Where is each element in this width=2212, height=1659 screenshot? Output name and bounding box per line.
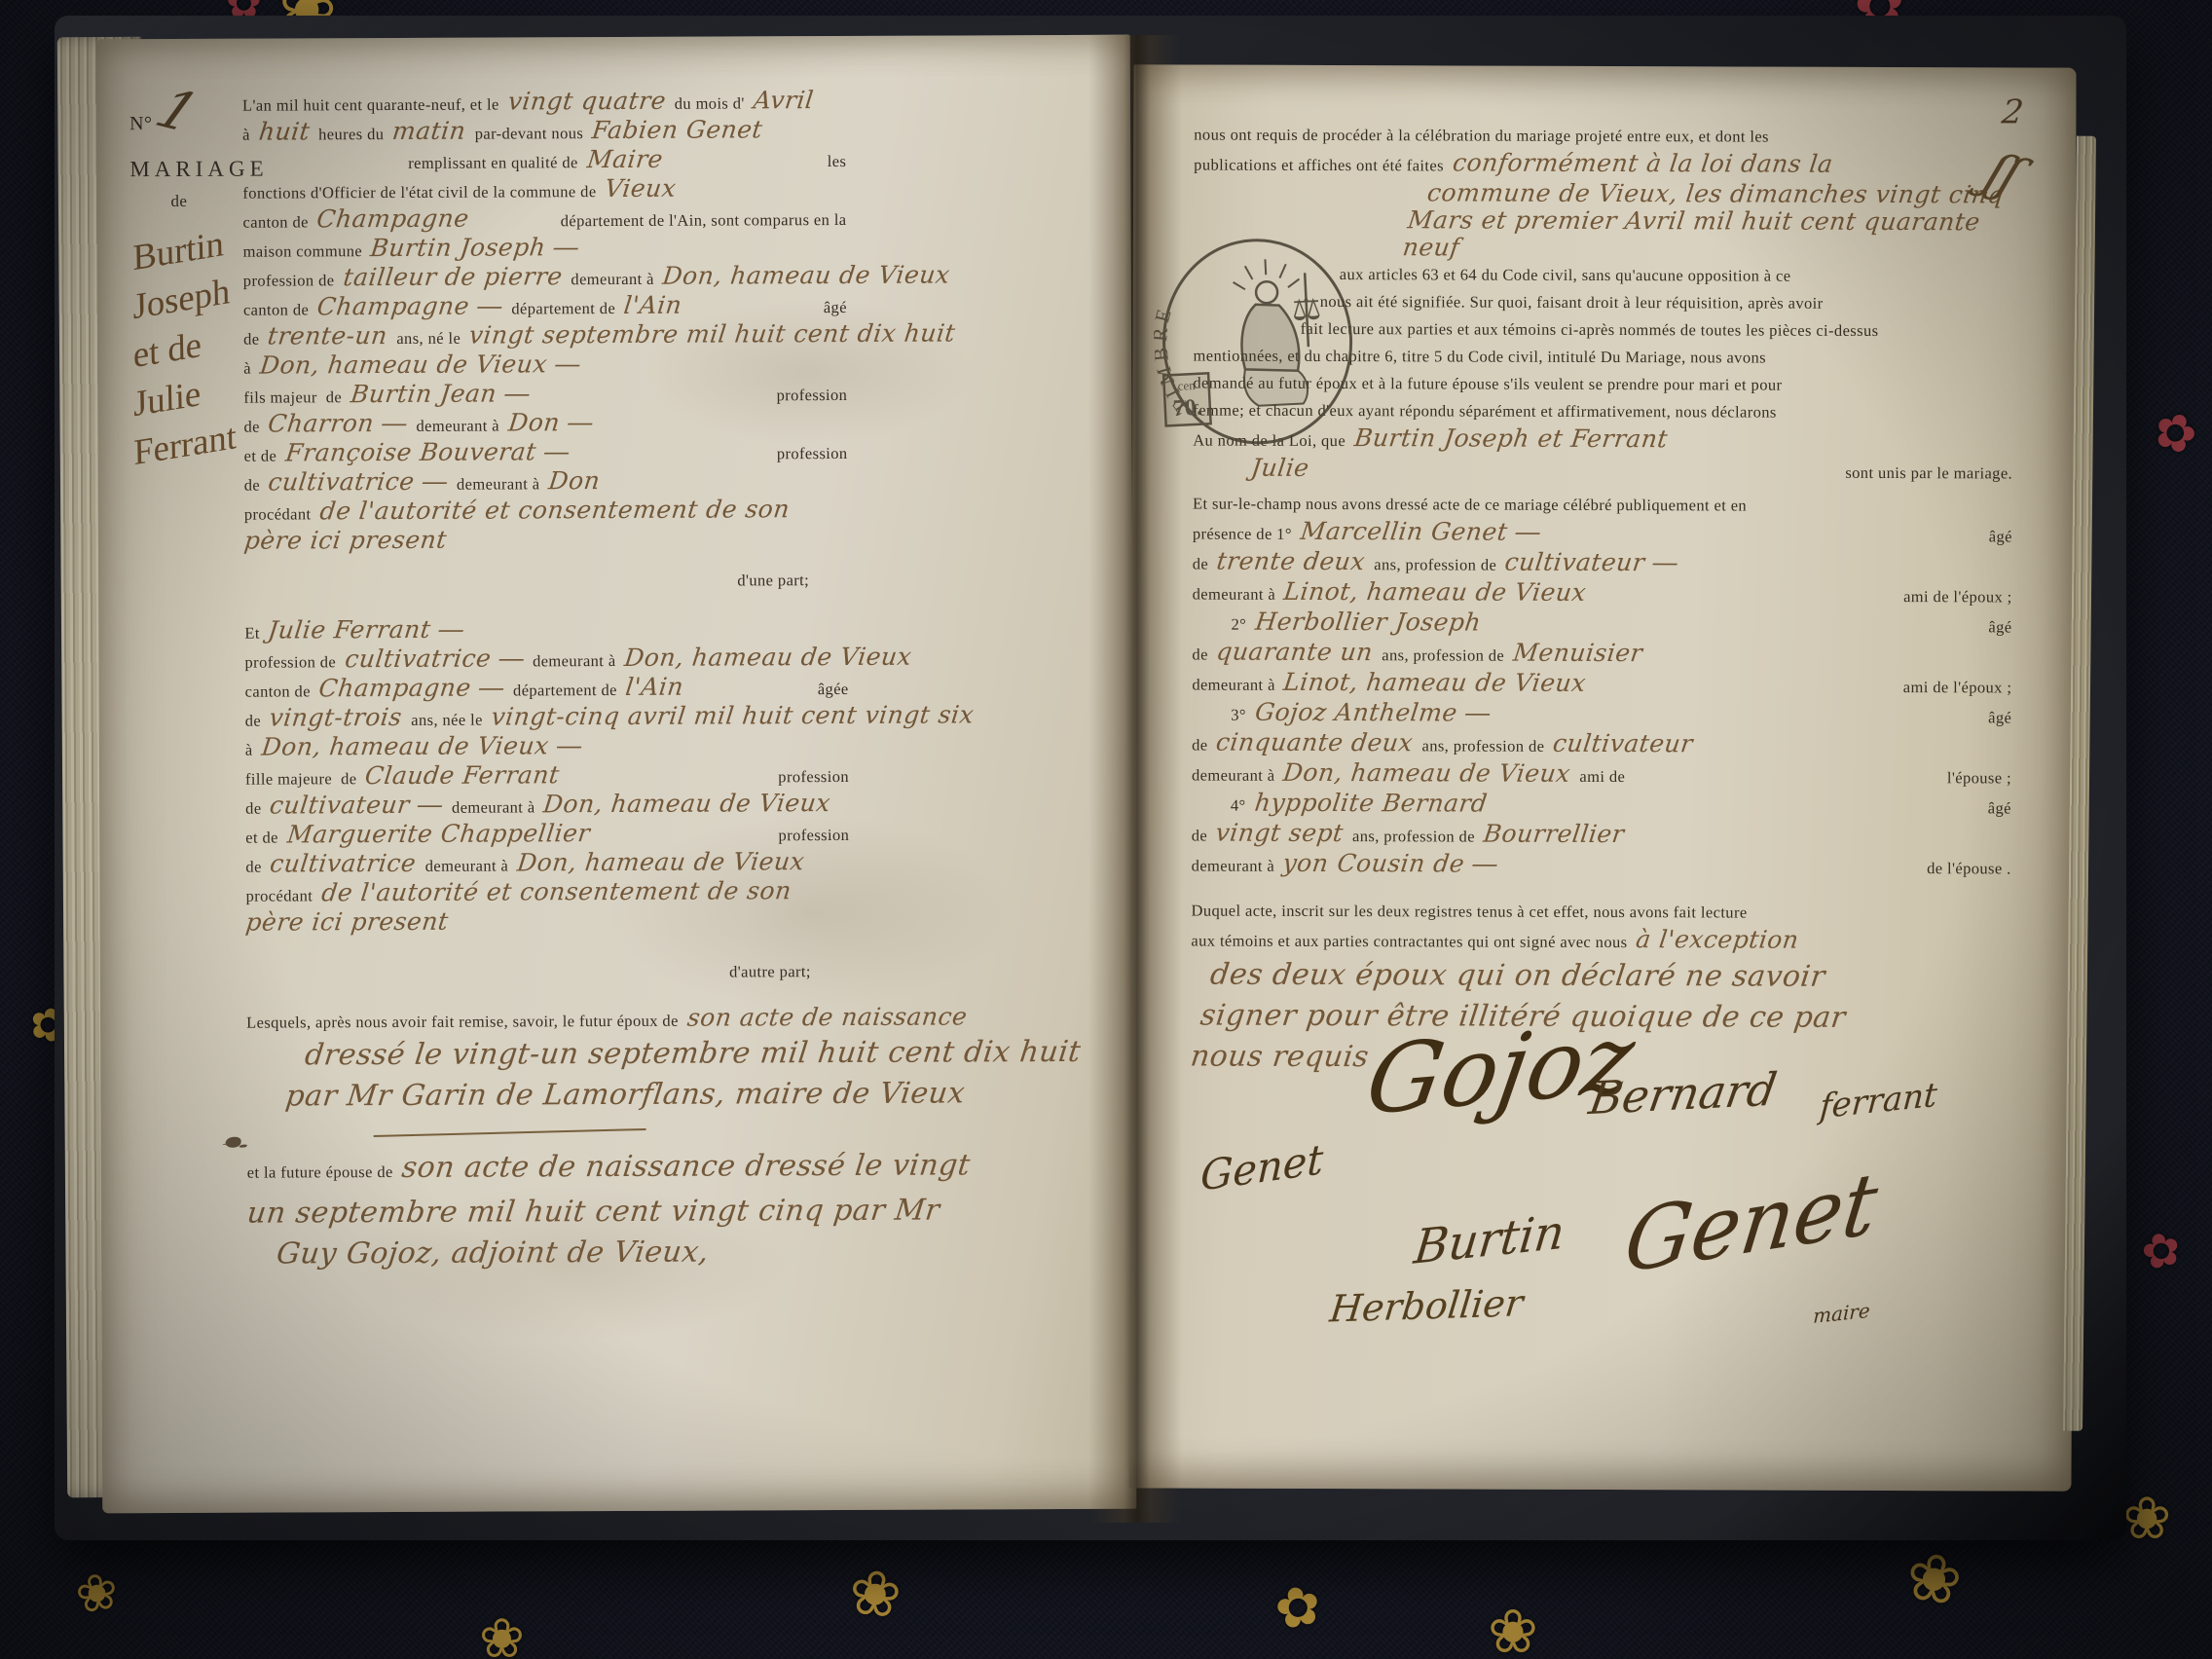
printed-text: sont unis par le mariage. [1845,460,2012,488]
printed-text: à [242,122,250,148]
text-line: fils majeurdeBurtin Jean ―profession [243,379,847,411]
text-line: àDon, hameau de Vieux ― [245,731,849,763]
handwritten-text: vingt septembre mil huit cent dix huit [468,319,957,348]
text-line: maison communeBurtin Joseph ― [243,233,847,265]
handwritten-text: Don, hameau de Vieux [542,790,832,817]
handwritten-text: Julie [1249,455,1310,482]
printed-text: demeurant à [571,266,654,292]
printed-text: ami de l'époux ; [1903,674,2012,701]
printed-text: âgé [1988,613,2011,641]
stamp-unit: cen [1177,378,1196,393]
signature-bernard: Bernard [1586,1062,1781,1124]
handwritten-text: conformément à la loi dans la [1451,149,1834,177]
handwritten-text: Fabien Genet [591,116,764,143]
printed-text: de [1193,551,1208,578]
text-line: un septembre mil huit cent vingt cinq pa… [247,1191,851,1235]
text-line: aux témoins et aux parties contractantes… [1191,925,2010,958]
printed-text: l'épouse ; [1947,764,2011,792]
handwritten-text: Don, hameau de Vieux [1282,759,1572,788]
printed-text: ami de [1579,763,1625,791]
printed-text: demeurant à [533,647,616,674]
handwritten-text: son acte de naissance dressé le vingt [399,1145,973,1189]
text-line: EtJulie Ferrant ― [244,614,848,646]
margin-column: N° 1 MARIAGE de BurtinJosephet deJulieFe… [129,80,258,469]
printed-text: ans, profession de [1352,823,1475,850]
text-line: publications et affiches ont été faitesc… [1194,149,2013,182]
handwritten-text: trente deux [1215,548,1367,576]
printed-text: ans, né le [396,325,461,351]
handwritten-text: de l'autorité et consentement de son [318,496,791,524]
handwritten-text: hyppolite Bernard [1253,790,1489,818]
handwritten-text: Don, hameau de Vieux [516,848,806,875]
text-line: fille majeuredeClaude Ferrantprofession [245,760,849,793]
printed-text: Et sur-le-champ nous avons dressé acte d… [1193,491,1747,520]
printed-text: canton de [245,678,311,704]
text-line: decultivatrice ―demeurant àDon [244,466,848,498]
text-line: 2°Herbollier Josephâgé [1192,608,2011,642]
text-line: d'une part; [244,567,848,596]
printed-text: ans, profession de [1374,551,1496,578]
handwritten-text: Don, hameau de Vieux [623,644,913,671]
printed-text: de [326,384,342,410]
handwritten-text: des deux époux qui on déclaré ne savoir [1208,955,1828,998]
printed-text: heures du [318,121,384,147]
handwritten-text: vingt-trois [269,704,404,731]
printed-text: profession [776,382,847,408]
printed-text: et de [245,825,278,851]
printed-text: 2° [1231,611,1246,639]
printed-text: fille majeure [245,765,332,792]
signature-herbollier: Herbollier [1328,1281,1526,1330]
handwritten-text: Don, hameau de Vieux ― [258,350,581,378]
fabric-flower-icon: ❀ [846,1561,904,1628]
text-line: remplissant en qualité deMaireles [242,145,846,177]
text-line: Juliesont unis par le mariage. [1193,455,2012,488]
fabric-flower-icon: ✿ [2137,1225,2187,1279]
handwritten-text: Julie Ferrant ― [267,616,465,644]
text-line: profession decultivatrice ―demeurant àDo… [244,644,848,676]
handwritten-text: quarante un [1215,639,1375,667]
text-line: Duquel acte, inscrit sur les deux regist… [1191,898,2010,928]
printed-text: département de l'Ain, sont comparus en l… [561,206,847,234]
text-line: canton deChampagnedépartement de l'Ain, … [242,203,846,236]
handwritten-text: à l'exception [1635,926,1801,954]
handwritten-text: Mars et premier Avril mil huit cent quar… [1406,206,1981,236]
printed-text: et de [244,443,277,469]
fabric-flower-icon: ❀ [72,1567,123,1624]
handwritten-text: Guy Gojoz, adjoint de Vieux, [275,1233,712,1275]
text-line: àhuitheures dumatinpar-devant nousFabien… [242,116,846,148]
handwritten-text: Bourrellier [1482,821,1626,848]
printed-text: profession de [244,648,336,675]
printed-text: par-devant nous [475,120,584,146]
handwritten-text: trente-un [267,322,389,350]
signature-ferrant: ferrant [1819,1076,1938,1127]
handwritten-text: Charron ― [267,410,409,437]
left-page: N° 1 MARIAGE de BurtinJosephet deJulieFe… [96,35,1137,1514]
printed-text: aux articles 63 et 64 du Code civil, san… [1340,261,1791,290]
fabric-flower-icon: ❀ [1488,1603,1538,1659]
handwritten-text: père ici present [244,908,450,936]
page-edge [2063,136,2096,1431]
handwritten-text: l'Ain [624,674,685,700]
text-line: devingt-troisans, née levingt-cinq avril… [245,702,849,734]
text-line: demeurant àLinot, hameau de Vieuxami de … [1192,669,2011,702]
printed-text: ans, profession de [1421,732,1544,759]
printed-text: profession [778,763,849,790]
printed-text: profession [777,440,848,466]
handwritten-text: Don, hameau de Vieux ― [260,732,583,759]
fabric-flower-icon: ❀ [2122,1490,2171,1548]
fabric-flower-icon: ❀ [1901,1542,1967,1616]
printed-text: profession [778,822,849,848]
justice-stamp-icon: TIMBRE ⚖ [1149,228,1366,456]
printed-text: Duquel acte, inscrit sur les deux regist… [1191,898,1747,927]
margin-party-names: BurtinJosephet deJulieFerrant [132,225,258,469]
handwritten-text: Champagne ― [317,674,505,701]
handwritten-text: Vieux [604,175,678,202]
text-line: père ici present [246,906,850,936]
printed-text: âgé [1989,523,2012,550]
text-line: demeurant àyonCousin de ―de l'épouse . [1192,850,2011,883]
handwritten-text: Don, hameau de Vieux [661,261,951,288]
handwritten-text: dressé le vingt-un septembre mil huit ce… [303,1032,1084,1076]
printed-text: L'an mil huit cent quarante-neuf, et le [242,92,499,119]
text-line: présence de 1°Marcellin Genet ―âgé [1193,518,2012,551]
signature-burtin: Burtin [1412,1204,1567,1275]
register-book: N° 1 MARIAGE de BurtinJosephet deJulieFe… [55,16,2126,1540]
printed-text: remplissant en qualité de [408,149,578,176]
printed-text: aux témoins et aux parties contractantes… [1191,928,1627,957]
fabric-flower-icon: ❀ [479,1612,525,1659]
handwritten-text: Linot, hameau de Vieux [1282,578,1588,607]
handwritten-text: nous requis [1188,1037,1371,1079]
handwritten-text: Champagne [315,205,470,233]
handwritten-text: Champagne ― [316,292,504,319]
printed-text: demeurant à [425,852,509,878]
printed-text: âgé [1988,794,2011,822]
handwritten-text: Don [547,467,602,494]
text-line: dequarante unans, profession deMenuisier [1192,639,2011,672]
handwritten-text: de l'autorité et consentement de son [320,877,793,905]
text-line [374,1128,646,1137]
handwritten-text: Don ― [506,409,594,435]
handwritten-text: Burtin Joseph et Ferrant [1352,424,1669,453]
printed-text: 3° [1231,702,1246,729]
stamp-value: 70. [1172,395,1202,422]
text-line: àDon, hameau de Vieux ― [243,350,847,382]
revenue-stamp: TIMBRE ⚖ [1149,228,1366,456]
printed-text: ami de l'époux ; [1903,583,2012,610]
printed-text: demeurant à [416,413,499,439]
handwritten-text: tailleur de pierre [342,263,564,290]
printed-text: département de [513,677,617,703]
handwritten-text: Avril [752,87,815,113]
text-line: fonctions d'Officier de l'état civil de … [242,174,846,206]
fabric-background: ❀ ✿ ✿ ✿ ✿ ❀ ❀ ❀ ✿ ❀ ❀ ❀ ✿ N° 1 MARIAGE d… [0,0,2212,1659]
right-page: 2 ʃʃ TIMBRE [1128,64,2076,1491]
text-line: decultivatricedemeurant àDon, hameau de … [245,848,849,880]
printed-text: du mois d' [675,90,745,116]
ink-blot [226,1137,241,1148]
act-number-value: 1 [146,78,208,144]
printed-text: demeurant à [457,470,540,497]
printed-text: âgée [818,676,849,702]
signature-genet-maire: Genet [1619,1154,1882,1293]
handwritten-text: cultivateur ― [1503,549,1679,577]
printed-text: demeurant à [1192,762,1275,790]
text-line: canton deChampagne ―département del'Ainâ… [243,291,847,323]
handwritten-text: neuf [1401,234,1461,261]
printed-text: ans, profession de [1382,642,1504,669]
text-line: nous ont requis de procéder à la célébra… [1194,122,2013,152]
handwritten-text: huit [257,118,311,144]
handwritten-text: son acte de naissance [685,1003,969,1030]
printed-text: fils majeur [243,384,317,410]
handwritten-text: Marguerite Chappellier [285,820,591,847]
handwritten-text: Françoise Bouverat ― [284,438,571,465]
text-line: demeurant àDon, hameau de Vieuxami del'é… [1192,759,2011,793]
text-line: deCharron ―demeurant àDon ― [243,408,847,440]
handwritten-text: Herbollier Joseph [1253,608,1482,637]
text-line: père ici present [244,525,848,554]
printed-text: d'une part; [737,567,809,593]
text-line: procédantde l'autorité et consentement d… [245,877,849,909]
text-line: Guy Gojoz, adjoint de Vieux, [247,1232,851,1275]
printed-text: nous ont requis de procéder à la célébra… [1194,122,1769,151]
text-line: et la future épouse deson acte de naissa… [247,1146,851,1194]
printed-text: de [341,765,356,792]
printed-text: demeurant à [452,793,535,820]
signature-genet: Genet [1199,1135,1324,1200]
printed-text: de l'épouse . [1927,855,2011,882]
handwritten-text: un septembre mil huit cent vingt cinq pa… [244,1191,941,1235]
handwritten-text: Menuisier [1511,640,1643,667]
printed-text: maison commune [243,238,363,265]
act-number: N° 1 [129,80,256,144]
handwritten-text: cultivatrice ― [267,468,449,496]
handwritten-text: Claude Ferrant [364,761,562,789]
text-line: procédantde l'autorité et consentement d… [244,496,848,528]
handwritten-text: Linot, hameau de Vieux [1282,669,1588,697]
printed-text: âgé [824,294,847,320]
text-line: profession detailleur de pierredemeurant… [243,262,847,294]
handwritten-text: cinquante deux [1215,729,1416,757]
printed-text: profession de [243,267,335,293]
text-line: et deMarguerite Chappellierprofession [245,819,849,851]
printed-text: procédant [245,882,313,908]
printed-text: demeurant à [1192,853,1275,880]
text-line: des deux époux qui on déclaré ne savoir [1191,955,2010,999]
printed-text: fait lecture aux parties et aux témoins … [1301,315,1879,345]
printed-text: de [244,472,260,498]
text-line: et deFrançoise Bouverat ―profession [243,437,847,469]
handwritten-text: matin [391,118,467,144]
printed-text: âgé [1988,704,2011,731]
handwritten-text: vingt-cinq avril mil huit cent vingt six [490,701,976,729]
printed-text: canton de [243,296,309,322]
signature-maire-label: maire [1813,1299,1870,1328]
text-line: d'autre part; [246,958,850,987]
printed-text: demeurant à [1192,672,1275,699]
printed-text: de [243,414,259,440]
text-line: decultivateur ―demeurant àDon, hameau de… [245,790,849,822]
handwritten-text: Burtin Joseph ― [370,234,581,261]
printed-text: les [828,148,847,174]
printed-text: de [245,708,261,734]
handwritten-text: père ici present [242,527,448,554]
text-line: demeurant àLinot, hameau de Vieuxami de … [1193,578,2012,611]
handwritten-text: l'Ain [623,292,684,318]
printed-text: et la future épouse de [247,1152,393,1194]
printed-text: de [1192,732,1207,759]
printed-text: de [1192,642,1207,669]
printed-text: ans, née le [411,707,483,733]
printed-text: Lesquels, après nous avoir fait remise, … [246,1008,679,1036]
text-line: detrente-unans, né levingt septembre mil… [243,320,847,352]
handwritten-text: vingt sept [1214,820,1345,847]
printed-text: à [245,737,253,763]
text-line: par Mr Garin de Lamorflans, maire de Vie… [246,1074,850,1118]
text-line: dressé le vingt-un septembre mil huit ce… [246,1033,850,1077]
text-line: detrente deuxans, profession decultivate… [1193,548,2012,581]
text-line: devingt septans, profession deBourrellie… [1192,820,2011,853]
handwritten-text: Marcellin Genet ― [1299,518,1542,546]
text-line: L'an mil huit cent quarante-neuf, et lev… [242,87,846,119]
printed-text: présence de 1° [1193,521,1292,548]
handwritten-text: Cousin de ― [1336,850,1499,878]
handwritten-text: Maire [585,146,664,172]
printed-text: Et [244,620,260,646]
printed-text: 4° [1231,793,1246,820]
printed-text: d'autre part; [729,958,811,984]
handwritten-text: cultivatrice [269,850,418,877]
handwritten-text: cultivatrice ― [344,645,526,672]
text-line: decinquante deuxans, profession decultiv… [1192,729,2011,762]
printed-text: publications et affiches ont été faites [1194,152,1444,180]
printed-text: département de [511,295,615,321]
printed-text: de [1192,823,1207,850]
fabric-flower-icon: ✿ [2146,403,2203,465]
handwritten-text: yon [1281,850,1330,877]
printed-text: fonctions d'Officier de l'état civil de … [242,178,596,206]
text-line: Et sur-le-champ nous avons dressé acte d… [1193,491,2012,521]
handwritten-text: vingt quatre [506,88,667,115]
text-line: canton deChampagne ―département del'Ainâ… [245,673,849,705]
left-page-text: L'an mil huit cent quarante-neuf, et lev… [242,87,851,1275]
printed-text: nous ait été signifiée. Sur quoi, faisan… [1320,288,1824,317]
printed-text: de [245,795,261,822]
text-line: commune de Vieux, les dimanches vingt ci… [1194,179,2013,209]
handwritten-text: Gojoz Anthelme ― [1253,699,1492,727]
printed-text: procédant [244,500,312,527]
handwritten-text: commune de Vieux, les dimanches vingt ci… [1425,179,2005,208]
text-line: 3°Gojoz Anthelme ―âgé [1192,699,2011,732]
text-line: Lesquels, après nous avoir fait remise, … [246,1004,850,1036]
printed-text: de [245,854,261,880]
handwritten-text: cultivateur ― [269,792,445,819]
fabric-flower-icon: ✿ [1271,1577,1327,1641]
printed-text: canton de [242,208,308,235]
printed-text: demeurant à [1193,581,1276,608]
handwritten-text: cultivateur [1552,730,1695,757]
handwritten-text: par Mr Garin de Lamorflans, maire de Vie… [283,1073,967,1117]
photo-of-marriage-register: { "photo": { "page_number": "2", "paraph… [0,0,2212,1659]
printed-text: de [243,326,259,352]
printed-text: à [243,355,251,382]
act-type-title: MARIAGE [129,157,256,183]
scales-icon: ⚖ [1291,291,1322,328]
handwritten-text: Burtin Jean ― [349,380,531,407]
text-line: 4°hyppolite Bernardâgé [1192,790,2011,823]
